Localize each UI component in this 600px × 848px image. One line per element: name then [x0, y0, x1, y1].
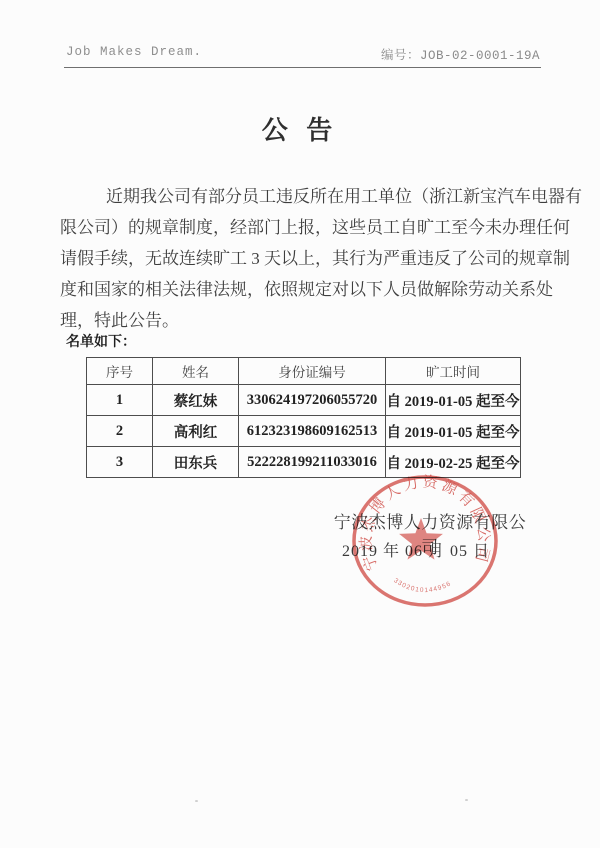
column-header-time: 旷工时间	[386, 358, 521, 385]
column-header-id: 身份证编号	[239, 358, 386, 385]
cell-id: 612323198609162513	[239, 416, 386, 447]
roster-label: 名单如下：	[66, 331, 136, 351]
body-line: 度和国家的相关法律法规，依照规定对以下人员做解除劳动关系处	[60, 274, 537, 305]
cell-id: 522228199211033016	[239, 447, 386, 478]
table-header-row: 序号 姓名 身份证编号 旷工时间	[87, 358, 521, 385]
table-row: 2 高利红 612323198609162513 自 2019-01-05 起至…	[87, 416, 521, 447]
scan-speck	[465, 799, 468, 801]
signature-date: 2019 年 06 月 05 日	[316, 538, 516, 561]
roster-table: 序号 姓名 身份证编号 旷工时间 1 蔡红妹 33062419720605572…	[86, 357, 521, 478]
column-header-name: 姓名	[153, 358, 239, 385]
cell-id: 330624197206055720	[239, 385, 386, 416]
cell-name: 高利红	[153, 416, 239, 447]
body-line: 限公司）的规章制度，经部门上报，这些员工自旷工至今未办理任何	[60, 212, 537, 243]
header-slogan: Job Makes Dream.	[66, 45, 202, 59]
cell-name: 蔡红妹	[153, 385, 239, 416]
cell-time: 自 2019-02-25 起至今	[386, 447, 521, 478]
cell-time: 自 2019-01-05 起至今	[386, 416, 521, 447]
header-doc-number: 编号：JOB-02-0001-19A	[381, 45, 540, 63]
cell-index: 1	[87, 385, 153, 416]
scan-speck	[195, 800, 198, 802]
cell-index: 3	[87, 447, 153, 478]
table-row: 3 田东兵 522228199211033016 自 2019-02-25 起至…	[87, 447, 521, 478]
table-row: 1 蔡红妹 330624197206055720 自 2019-01-05 起至…	[87, 385, 521, 416]
cell-time: 自 2019-01-05 起至今	[386, 385, 521, 416]
seal-code-text: 3302010144956	[392, 577, 453, 594]
cell-name: 田东兵	[153, 447, 239, 478]
header-rule	[64, 67, 541, 68]
document-page: Job Makes Dream. 编号：JOB-02-0001-19A 公 告 …	[0, 0, 600, 848]
announcement-body: 近期我公司有部分员工违反所在用工单位（浙江新宝汽车电器有 限公司）的规章制度，经…	[60, 181, 537, 336]
body-line: 请假手续，无故连续旷工 3 天以上，其行为严重违反了公司的规章制	[60, 243, 537, 274]
column-header-index: 序号	[87, 358, 153, 385]
cell-index: 2	[87, 416, 153, 447]
body-line: 近期我公司有部分员工违反所在用工单位（浙江新宝汽车电器有	[60, 181, 537, 212]
page-title: 公 告	[0, 110, 600, 147]
